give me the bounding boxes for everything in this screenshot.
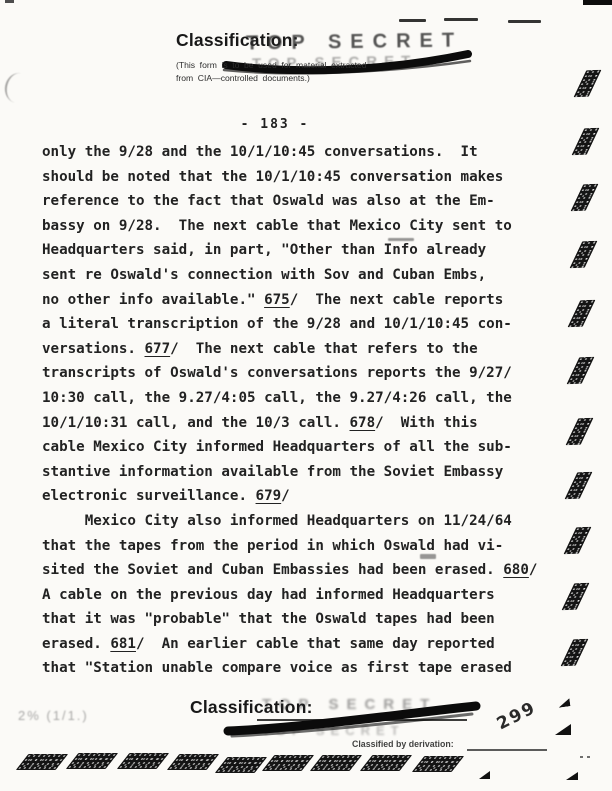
body-line: should be noted that the 10/1/10:45 conv… [42, 165, 562, 190]
derivation-label: Classified by derivation: [352, 739, 454, 749]
ink-hatch-mark [508, 20, 541, 23]
body-line: Mexico City also informed Headquarters o… [42, 509, 562, 534]
ink-hatch-mark [567, 300, 595, 328]
body-line: electronic surveillance. 679/ [42, 484, 562, 509]
ink-hatch-mark [571, 128, 599, 156]
body-line: reference to the fact that Oswald was al… [42, 189, 562, 214]
bottom-stamp-strikethrough [222, 698, 482, 738]
scan-mark-small-2 [555, 724, 571, 735]
derivation-blank-line [467, 749, 547, 751]
ink-hatch-mark [215, 757, 268, 773]
ink-hatch-mark [444, 18, 478, 21]
ink-hatch-mark [360, 755, 413, 771]
body-line: a literal transcription of the 9/28 and … [42, 312, 562, 337]
ink-hatch-mark [66, 753, 119, 769]
page-number: - 183 - [0, 117, 550, 132]
ink-hatch-mark [399, 19, 426, 22]
ink-hatch-mark [412, 756, 465, 772]
scan-smudge-1 [388, 238, 414, 241]
ink-hatch-mark [566, 357, 594, 385]
scan-mark-small-3 [566, 772, 578, 780]
scan-mark-top-right-bar [583, 0, 612, 5]
body-line: stantive information available from the … [42, 460, 562, 485]
body-line: versations. 677/ The next cable that ref… [42, 337, 562, 362]
body-line: that the tapes from the period in which … [42, 534, 562, 559]
ink-hatch-mark [573, 70, 601, 98]
body-line: cable Mexico City informed Headquarters … [42, 435, 562, 460]
body-line: only the 9/28 and the 10/1/10:45 convers… [42, 140, 562, 165]
scan-smudge-2 [420, 554, 436, 559]
body-line: sent re Oswald's connection with Sov and… [42, 263, 562, 288]
scan-mark-arc [2, 71, 34, 106]
body-text: only the 9/28 and the 10/1/10:45 convers… [42, 140, 562, 681]
ink-hatch-mark [565, 418, 593, 446]
form-note-line1: (This form is to be used for material ex… [176, 59, 367, 72]
ink-hatch-mark [569, 241, 597, 269]
ink-hatch-mark [564, 472, 592, 500]
body-line: 10/1/10:31 call, and the 10/3 call. 678/… [42, 411, 562, 436]
form-note-line2: from CIA—controlled documents.) [176, 72, 367, 85]
scan-dot-2 [587, 756, 590, 758]
ink-hatch-mark [563, 527, 591, 555]
body-line: that "Station unable compare voice as fi… [42, 656, 562, 681]
ink-hatch-mark [167, 754, 220, 770]
ink-hatch-mark [16, 754, 69, 770]
faint-stamp-mark: 2% (1/1.) [18, 708, 89, 723]
body-line: A cable on the previous day had informed… [42, 583, 562, 608]
scan-mark-small-4 [479, 771, 490, 779]
ink-hatch-mark [262, 755, 315, 771]
body-line: sited the Soviet and Cuban Embassies had… [42, 558, 562, 583]
ink-hatch-mark [117, 753, 170, 769]
body-line: that it was "probable" that the Oswald t… [42, 607, 562, 632]
body-line: bassy on 9/28. The next cable that Mexic… [42, 214, 562, 239]
scan-mark-small-1 [558, 698, 571, 708]
ink-hatch-mark [570, 184, 598, 212]
ink-hatch-mark [561, 583, 589, 611]
scan-mark-top-left [5, 0, 14, 3]
body-line: transcripts of Oswald's conversations re… [42, 361, 562, 386]
ink-hatch-mark [310, 755, 363, 771]
ink-hatch-mark [560, 639, 588, 667]
body-line: Headquarters said, in part, "Other than … [42, 238, 562, 263]
body-line: no other info available." 675/ The next … [42, 288, 562, 313]
form-note: (This form is to be used for material ex… [176, 59, 367, 85]
scanned-document-page: Classification: TOP SECRET TOP SECRET (T… [0, 0, 612, 791]
scan-dot-1 [580, 756, 583, 758]
body-line: erased. 681/ An earlier cable that same … [42, 632, 562, 657]
handwritten-page-number: 299 [494, 698, 540, 735]
body-line: 10:30 call, the 9.27/4:05 call, the 9.27… [42, 386, 562, 411]
